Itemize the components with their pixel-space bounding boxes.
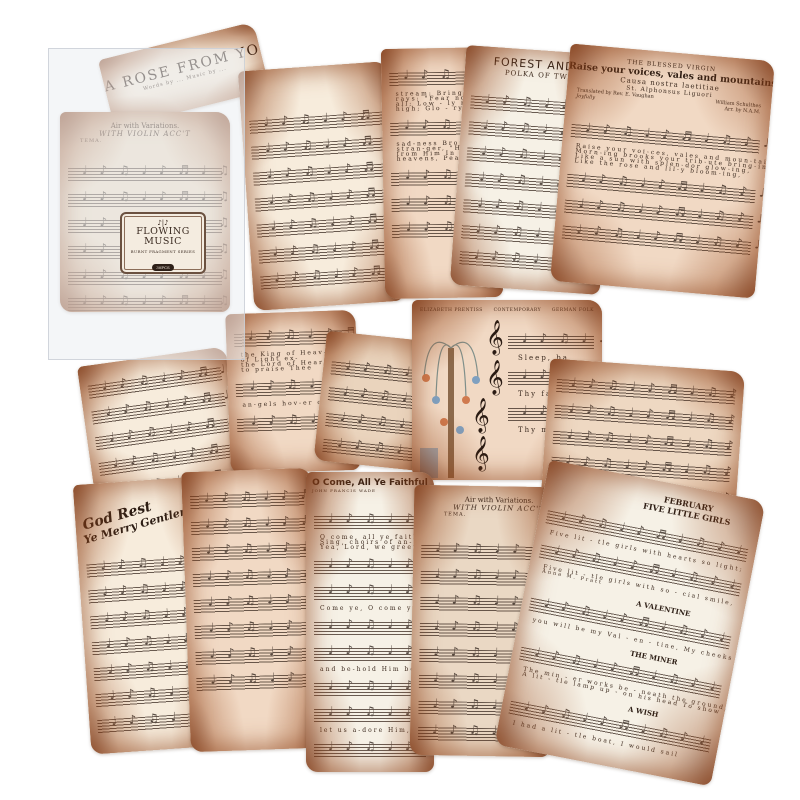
sleep-tag-left: CONTEMPORARY	[494, 308, 542, 313]
air-tempo: TEMA.	[414, 511, 554, 519]
pack-air-title: Air with Variations.	[60, 122, 230, 130]
staves	[249, 102, 397, 311]
fragment-lace-score	[238, 61, 404, 311]
fragment-blessed-virgin: THE BLESSED VIRGIN Raise your voices, va…	[550, 44, 775, 299]
sleep-tag-right: GERMAN FOLK	[552, 308, 594, 313]
staves	[190, 482, 313, 752]
pack-air-tempo: TEMA.	[60, 138, 230, 144]
pack-air-subtitle: WITH VIOLIN ACC'T	[60, 130, 230, 138]
product-photo: A ROSE FROM YOU Words by ... Music by ..…	[0, 0, 800, 800]
treble-clef-icon: 𝄞	[486, 360, 504, 395]
lyric-line: Yea, Lord, we greet Thee, born	[320, 544, 426, 551]
product-series: BURNT FRAGMENT SERIES	[122, 249, 204, 254]
lyric-line: Come ye, O come ye	[320, 605, 426, 612]
staves	[321, 351, 426, 470]
treble-clef-icon: 𝄞	[472, 398, 490, 433]
fragment-hymn-lord	[181, 468, 321, 752]
treble-clef-icon: 𝄞	[472, 436, 490, 471]
staves: Raise your voi-ces, vales and moun-tains…	[558, 114, 761, 298]
product-name-line2: MUSIC	[122, 237, 204, 247]
piece-count-badge: 30PCS	[152, 264, 174, 271]
bv-tempo: Joyfully	[576, 93, 595, 101]
treble-clef-icon: 𝄞	[486, 320, 504, 355]
sleep-author: ELIZABETH PRENTISS	[420, 308, 483, 313]
package-label: ♪|♪ FLOWING MUSIC BURNT FRAGMENT SERIES …	[120, 212, 206, 274]
staves: Five lit - tle girls with hearts so ligh…	[502, 500, 750, 784]
